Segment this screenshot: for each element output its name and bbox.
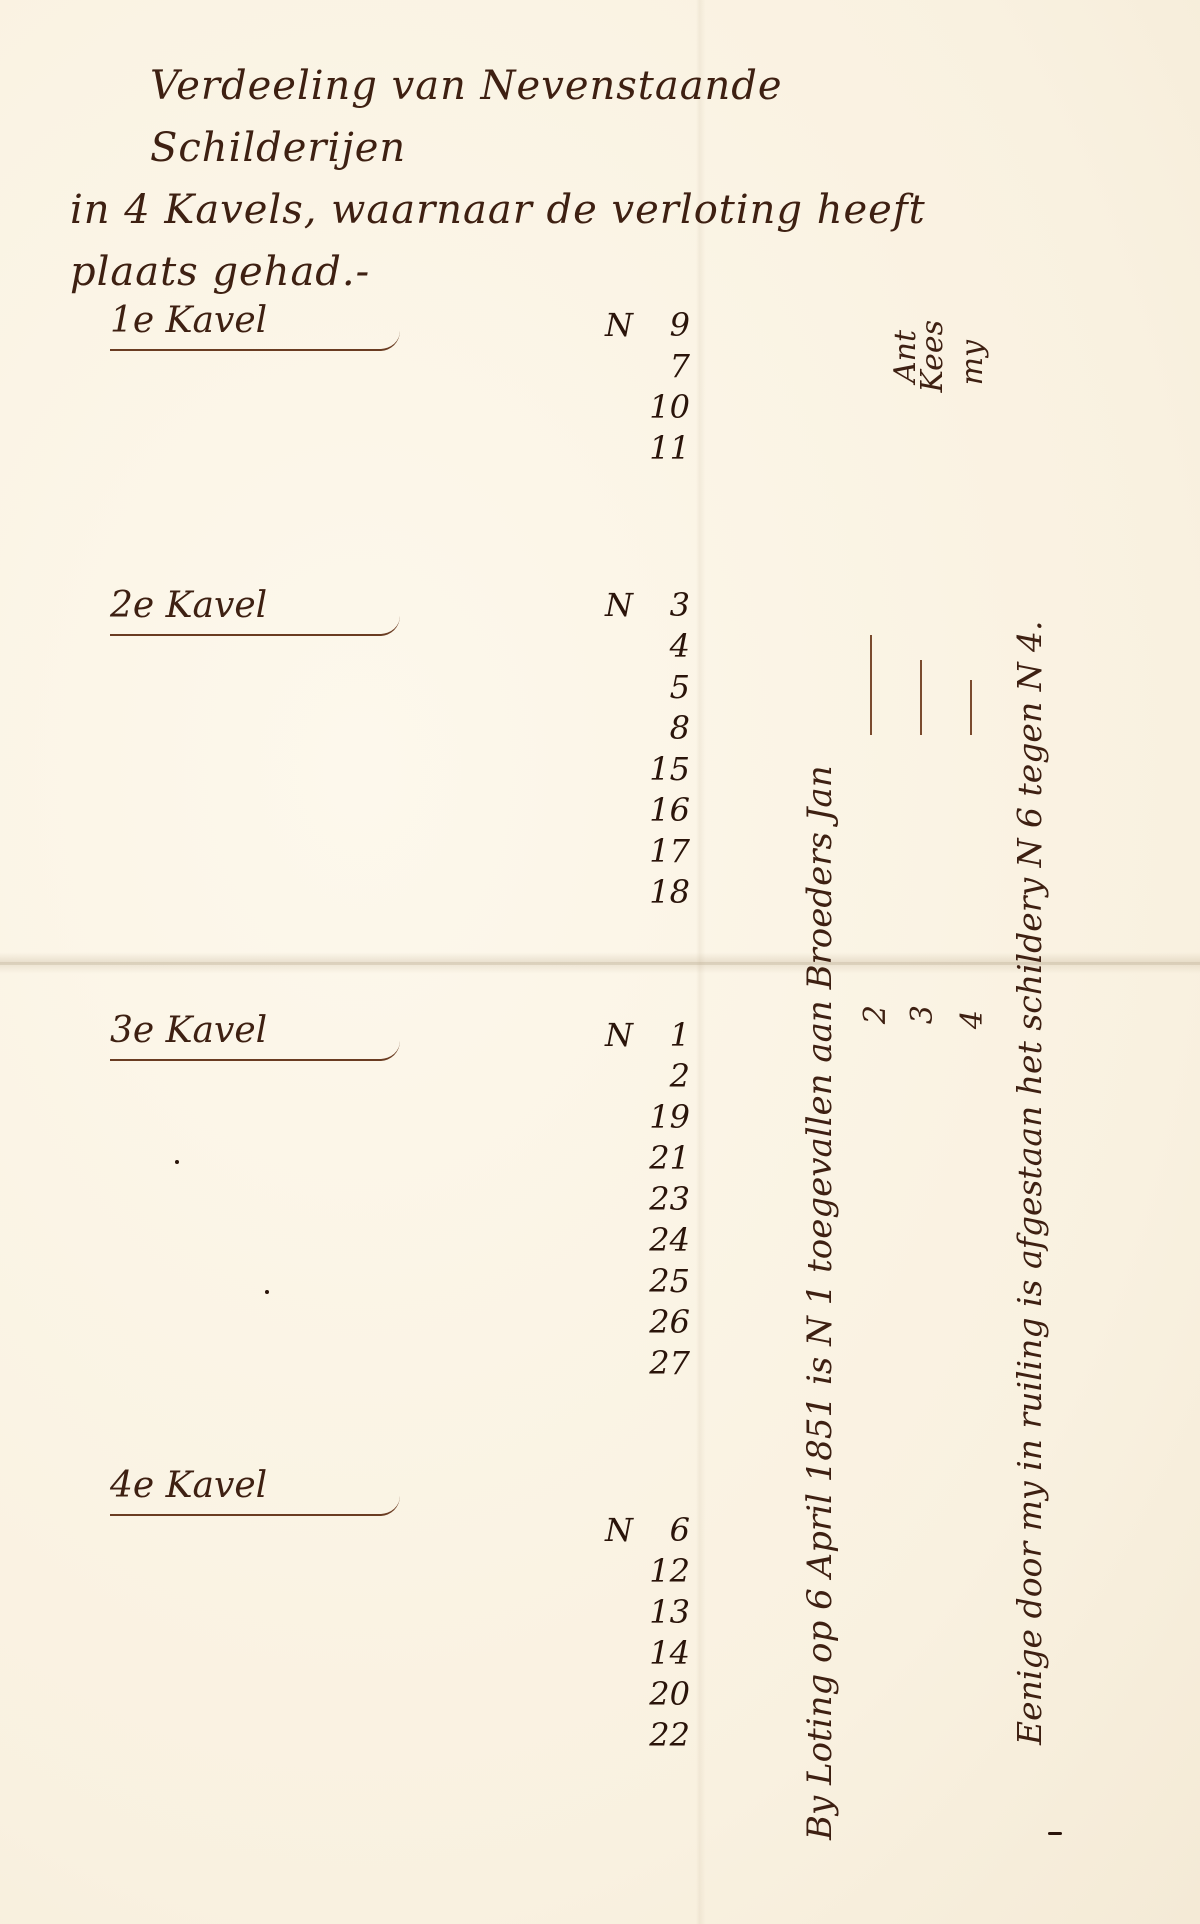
lot-number-row: 20 <box>590 1674 730 1715</box>
lot-3-numbers: N1 2 19 21 23 24 25 26 27 <box>590 1015 730 1384</box>
lot-2-heading: 2e Kavel <box>110 585 400 636</box>
lot-4-numbers: N6 12 13 14 20 22 <box>590 1510 730 1756</box>
lot-number: 5 <box>670 668 690 706</box>
lot-number: 26 <box>649 1303 690 1341</box>
lot-number-row: 13 <box>590 1592 730 1633</box>
lot-number: 8 <box>670 709 690 747</box>
number-prefix: N <box>605 585 633 626</box>
lot-3-heading: 3e Kavel <box>110 1010 400 1061</box>
lot-number: 21 <box>649 1139 690 1177</box>
lot-number-row: 14 <box>590 1633 730 1674</box>
ditto-mark <box>920 660 922 735</box>
lot-number: 1 <box>670 1016 690 1054</box>
lot-number-row: 12 <box>590 1551 730 1592</box>
lot-number-row: 2 <box>590 1056 730 1097</box>
title-line-1: Verdeeling van Nevenstaande Schilderijen <box>70 55 1050 179</box>
lot-number-row: N1 <box>590 1015 730 1056</box>
lot-number: 20 <box>649 1675 690 1713</box>
lot-number: 12 <box>649 1552 690 1590</box>
lot-number-row: 25 <box>590 1261 730 1302</box>
lot-number-row: N6 <box>590 1510 730 1551</box>
lot-number-row: N9 <box>590 305 730 346</box>
lot-4-heading: 4e Kavel <box>110 1465 400 1516</box>
lot-number: 23 <box>649 1180 690 1218</box>
ink-dot <box>175 1160 179 1164</box>
lot-number: 10 <box>649 388 690 426</box>
lot-number: 9 <box>670 306 690 344</box>
lot-number: 24 <box>649 1221 690 1259</box>
lot-number-row: 19 <box>590 1097 730 1138</box>
lot-number-row: 16 <box>590 790 730 831</box>
title-line-3: plaats gehad.- <box>70 241 1050 303</box>
lot-number: 11 <box>649 429 690 467</box>
margin-note-number-3: 3 <box>905 1005 940 1024</box>
lot-number: 18 <box>649 873 690 911</box>
lot-number: 3 <box>670 586 690 624</box>
lot-number-row: 18 <box>590 872 730 913</box>
lot-number: 14 <box>649 1634 690 1672</box>
margin-note-name-4: my <box>955 340 990 385</box>
lot-number: 27 <box>649 1344 690 1382</box>
lot-number-row: 17 <box>590 831 730 872</box>
lot-number-row: 21 <box>590 1138 730 1179</box>
lot-number: 17 <box>649 832 690 870</box>
margin-note-footnote: Eenige door my in ruiling is afgestaan h… <box>1010 265 1049 1745</box>
lot-number-row: 10 <box>590 387 730 428</box>
margin-note-name-3: Kees <box>915 320 950 393</box>
number-prefix: N <box>605 305 633 346</box>
lot-number: 6 <box>670 1511 690 1549</box>
lot-number-row: 27 <box>590 1343 730 1384</box>
lot-number-row: 26 <box>590 1302 730 1343</box>
lot-number: 22 <box>649 1716 690 1754</box>
lot-number-row: 8 <box>590 708 730 749</box>
lot-number: 19 <box>649 1098 690 1136</box>
margin-note-number-4: 4 <box>955 1010 990 1029</box>
ink-mark <box>1048 1832 1062 1835</box>
lot-number: 2 <box>670 1057 690 1095</box>
lot-1-heading: 1e Kavel <box>110 300 400 351</box>
lot-number-row: 11 <box>590 428 730 469</box>
lot-number: 4 <box>670 627 690 665</box>
lot-1-numbers: N9 7 10 11 <box>590 305 730 469</box>
number-prefix: N <box>605 1510 633 1551</box>
lot-number: 16 <box>649 791 690 829</box>
lot-number: 7 <box>670 347 690 385</box>
lot-number-row: N3 <box>590 585 730 626</box>
lot-number-row: 24 <box>590 1220 730 1261</box>
document-title: Verdeeling van Nevenstaande Schilderijen… <box>70 55 1050 303</box>
margin-note-main: By Loting op 6 April 1851 is N 1 toegeva… <box>800 300 840 1840</box>
ink-dot <box>265 1290 269 1294</box>
lot-number: 13 <box>649 1593 690 1631</box>
title-line-2: in 4 Kavels, waarnaar de verloting heeft <box>70 179 1050 241</box>
number-prefix: N <box>605 1015 633 1056</box>
lot-number-row: 5 <box>590 667 730 708</box>
lot-number-row: 7 <box>590 346 730 387</box>
ditto-mark <box>970 680 972 735</box>
lot-number: 25 <box>649 1262 690 1300</box>
lot-number-row: 15 <box>590 749 730 790</box>
lot-number-row: 4 <box>590 626 730 667</box>
lot-number-row: 22 <box>590 1715 730 1756</box>
margin-note-number-2: 2 <box>858 1005 893 1024</box>
lot-2-numbers: N3 4 5 8 15 16 17 18 <box>590 585 730 913</box>
ditto-mark <box>870 635 872 735</box>
lot-number: 15 <box>649 750 690 788</box>
lot-number-row: 23 <box>590 1179 730 1220</box>
